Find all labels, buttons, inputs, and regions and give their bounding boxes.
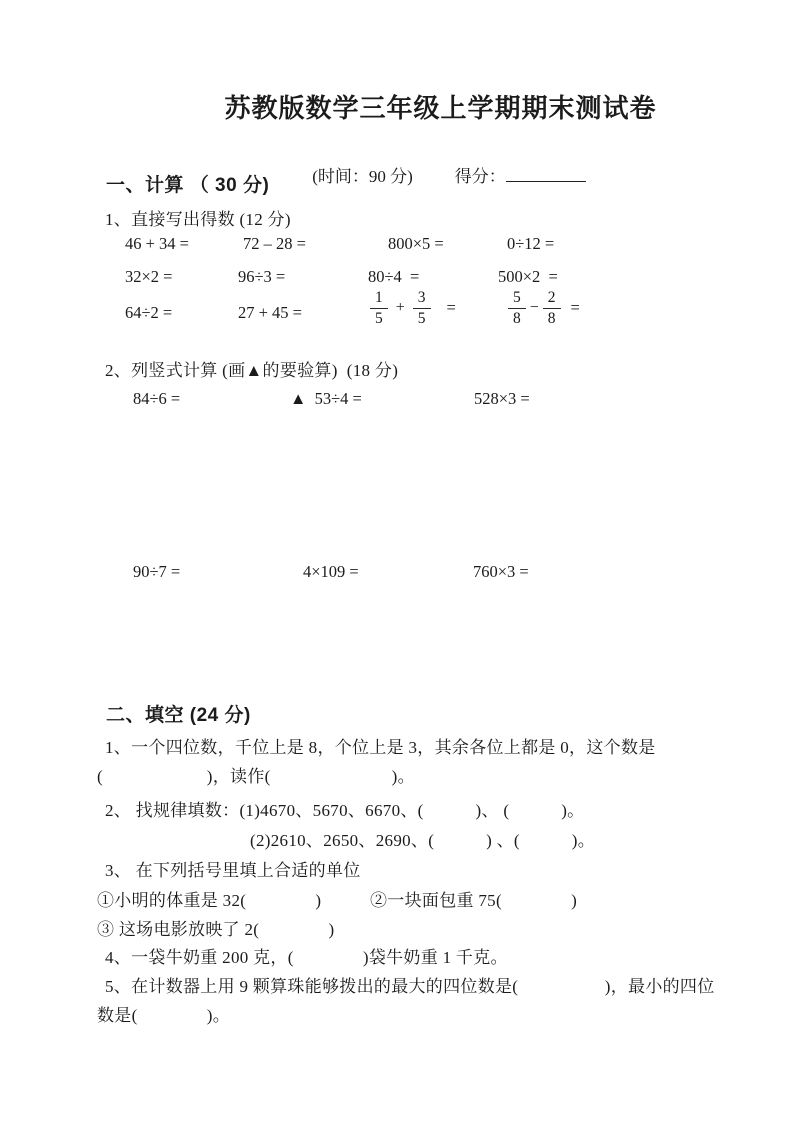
fraction-denominator: 8 — [543, 309, 561, 328]
calc-problem: 0÷12 = — [507, 234, 554, 254]
calc-problem: 4×109 = — [303, 562, 359, 582]
calc-problem: 80÷4 = — [368, 267, 419, 287]
fraction-numerator: 1 — [370, 289, 388, 309]
calc-problem: 27 + 45 = — [238, 303, 302, 323]
score-label: 得分： — [455, 167, 506, 186]
equals-sign: = — [571, 298, 580, 318]
calc-problem: 96÷3 = — [238, 267, 285, 287]
time-label: (时间：90 分) — [312, 167, 413, 186]
fill-q5-line1: 5、在计数器上用 9 颗算珠能够拨出的最大的四位数是( )，最小的四位 — [105, 972, 715, 997]
fraction-numerator: 3 — [413, 289, 431, 309]
fill-q2-line1: 2、 找规律填数：(1)4670、5670、6670、( )、 ( )。 — [105, 796, 584, 821]
calc-problem: 528×3 = — [474, 389, 530, 409]
operator-plus: + — [396, 299, 405, 317]
calc-problem: 500×2 = — [498, 267, 558, 287]
fill-q3-item2: ②一块面包重 75( ) — [370, 886, 577, 911]
fill-q1-line1: 1、一个四位数，千位上是 8，个位上是 3，其余各位上都是 0，这个数是 — [105, 733, 656, 758]
fraction-numerator: 2 — [543, 289, 561, 309]
fraction-denominator: 5 — [370, 309, 388, 328]
fraction-denominator: 8 — [508, 309, 526, 328]
section2-heading: 二、填空 (24 分) — [106, 700, 251, 727]
test-paper-page: 苏教版数学三年级上学期期末测试卷 (时间：90 分)得分： 一、计算 （ 30 … — [0, 0, 793, 1122]
fraction: 58 — [508, 289, 526, 328]
fill-q1-line2: ( )，读作( )。 — [97, 762, 415, 787]
operator-minus: − — [530, 299, 539, 317]
calc-problem: 72 – 28 = — [243, 234, 306, 254]
fill-q3-item3: ③ 这场电影放映了 2( ) — [97, 915, 334, 940]
calc-problem: 32×2 = — [125, 267, 173, 287]
calc-problem: 760×3 = — [473, 562, 529, 582]
equals-sign: = — [447, 298, 456, 318]
score-blank-line — [506, 164, 586, 182]
calc-problem: 84÷6 = — [133, 389, 180, 409]
calc-problem: 64÷2 = — [125, 303, 172, 323]
calc-problem: 46 + 34 = — [125, 234, 189, 254]
fill-q2-line2: (2)2610、2650、2690、( ) 、( )。 — [250, 826, 595, 851]
section1-heading: 一、计算 （ 30 分) — [106, 170, 269, 197]
fraction: 15 — [370, 289, 388, 328]
calc-problem: 90÷7 = — [133, 562, 180, 582]
calc-problem: 800×5 = — [388, 234, 444, 254]
page-title: 苏教版数学三年级上学期期末测试卷 — [0, 88, 793, 125]
fill-q3-line1: 3、 在下列括号里填上合适的单位 — [105, 856, 361, 881]
fill-q3-item1: ①小明的体重是 32( ) — [97, 886, 321, 911]
fraction: 28 — [543, 289, 561, 328]
fill-q4: 4、一袋牛奶重 200 克，( )袋牛奶重 1 千克。 — [105, 943, 508, 968]
fill-q5-line2: 数是( )。 — [97, 1001, 230, 1026]
fraction-problem: 58 − 28 = — [508, 289, 580, 328]
calc-problem-with-verify-mark: ▲ 53÷4 = — [290, 389, 362, 409]
fraction-denominator: 5 — [413, 309, 431, 328]
fraction: 35 — [413, 289, 431, 328]
fraction-problem: 15 + 35 = — [370, 289, 456, 328]
subsection2-heading: 2、列竖式计算 (画▲的要验算) (18 分) — [105, 356, 398, 381]
subsection1-heading: 1、直接写出得数 (12 分) — [105, 205, 291, 230]
fraction-numerator: 5 — [508, 289, 526, 309]
